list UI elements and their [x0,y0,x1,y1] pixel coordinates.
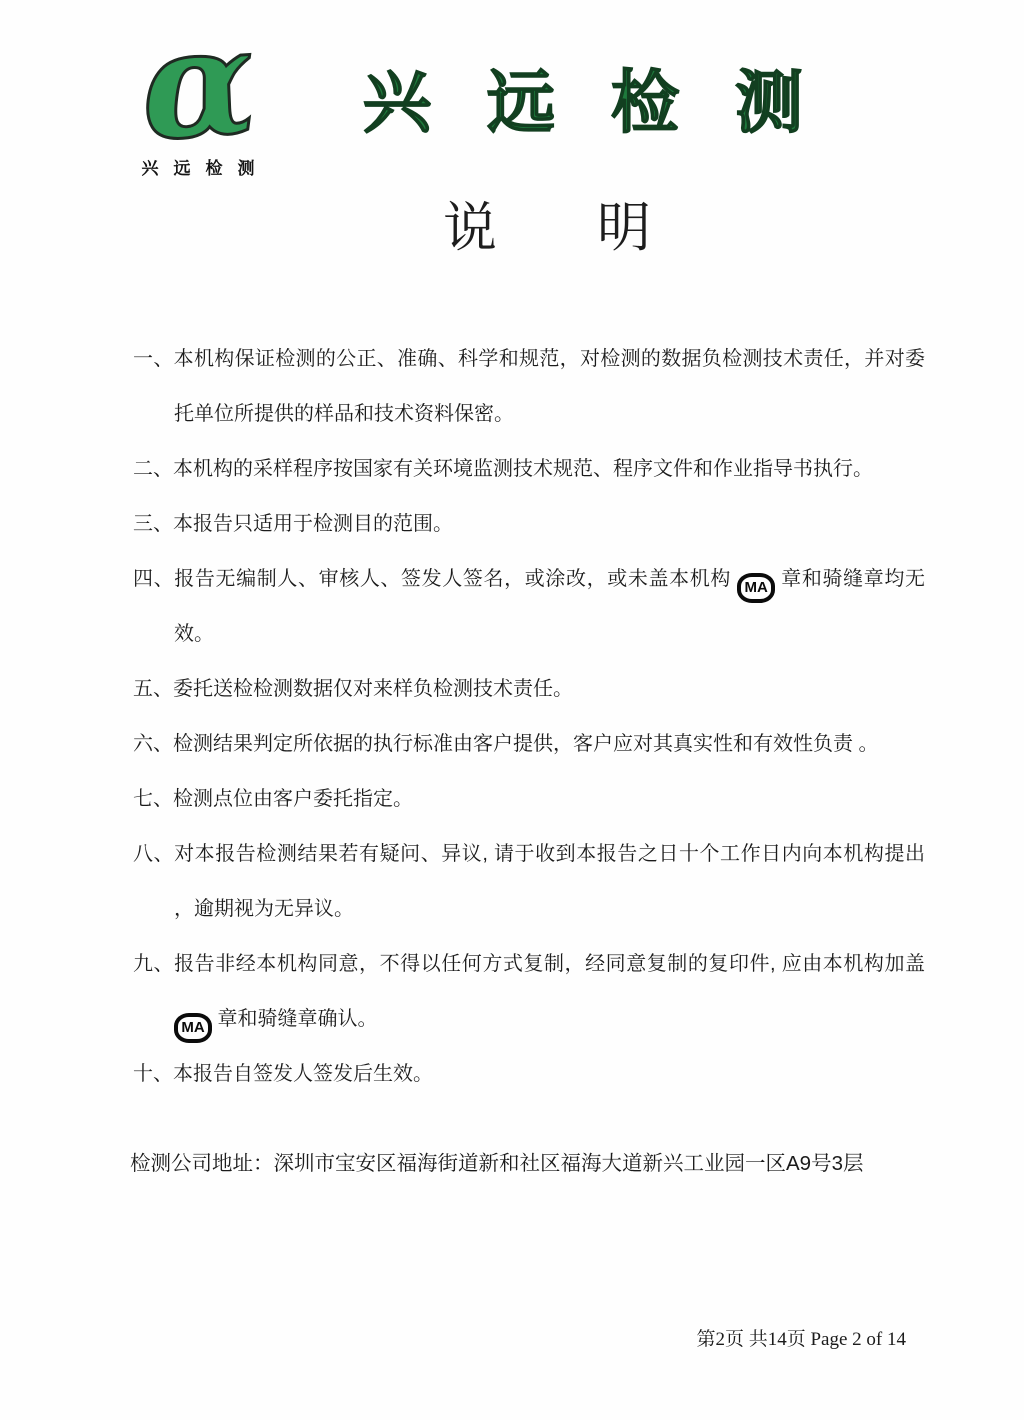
note-text: 检测结果判定所依据的执行标准由客户提供，客户应对其真实性和有效性负责 。 [173,733,879,755]
cma-seal-icon: MA [737,573,775,603]
note-text: 委托送检检测数据仅对来样负检测技术责任。 [173,678,573,700]
cma-seal-label: MA [744,579,767,596]
note-text: 检测点位由客户委托指定。 [173,788,413,810]
note-item-7: 七、检测点位由客户委托指定。 [133,772,925,827]
note-item-8: 八、对本报告检测结果若有疑问、异议, 请于收到本报告之日十个工作日内向本机构提出… [133,827,925,937]
note-text: 本报告只适用于检测目的范围。 [173,513,453,535]
note-text: 报告无编制人、审核人、签发人签名，或涂改，或未盖本机构 [174,568,737,590]
note-item-1: 一、本机构保证检测的公正、准确、科学和规范，对检测的数据负检测技术责任，并对委托… [133,332,925,442]
note-number: 六、 [133,733,173,755]
brand-title: 兴远检测 [363,58,859,148]
note-text: 本报告自签发人签发后生效。 [173,1063,433,1085]
note-number: 九、 [133,953,174,975]
note-item-3: 三、本报告只适用于检测目的范围。 [133,497,925,552]
alpha-logo-icon: α [113,3,283,164]
note-number: 五、 [133,678,173,700]
note-text: 本机构保证检测的公正、准确、科学和规范，对检测的数据负检测技术责任，并对委托单位… [174,348,925,425]
company-address: 检测公司地址：深圳市宝安区福海街道新和社区福海大道新兴工业园一区A9号3层 [130,1148,863,1180]
doc-title-row: 说明 [0,196,1024,260]
cma-seal-label: MA [181,1019,204,1036]
note-item-5: 五、委托送检检测数据仅对来样负检测技术责任。 [133,662,925,717]
note-item-6: 六、检测结果判定所依据的执行标准由客户提供，客户应对其真实性和有效性负责 。 [133,717,925,772]
company-logo: α 兴远检测 [118,8,278,179]
note-text: 章和骑缝章确认。 [212,1008,378,1030]
note-number: 四、 [133,568,174,590]
note-number: 七、 [133,788,173,810]
note-text: 本机构的采样程序按国家有关环境监测技术规范、程序文件和作业指导书执行。 [173,458,873,480]
note-number: 二、 [133,458,173,480]
doc-title: 说明 [443,196,751,260]
note-item-4: 四、报告无编制人、审核人、签发人签名，或涂改，或未盖本机构 MA 章和骑缝章均无… [133,552,925,662]
note-number: 一、 [133,348,174,370]
note-item-9: 九、报告非经本机构同意，不得以任何方式复制，经同意复制的复印件, 应由本机构加盖… [133,937,925,1047]
note-item-10: 十、本报告自签发人签发后生效。 [133,1047,925,1102]
note-text: 报告非经本机构同意，不得以任何方式复制，经同意复制的复印件, 应由本机构加盖 [174,953,925,975]
note-text: 对本报告检测结果若有疑问、异议, 请于收到本报告之日十个工作日内向本机构提出 ，… [174,843,925,920]
note-number: 八、 [133,843,174,865]
cma-seal-icon: MA [174,1013,212,1043]
note-number: 三、 [133,513,173,535]
note-number: 十、 [133,1063,173,1085]
note-item-2: 二、本机构的采样程序按国家有关环境监测技术规范、程序文件和作业指导书执行。 [133,442,925,497]
notes-list: 一、本机构保证检测的公正、准确、科学和规范，对检测的数据负检测技术责任，并对委托… [133,332,925,1102]
page-number-footer: 第2页 共14页 Page 2 of 14 [696,1326,906,1354]
report-page: α 兴远检测 兴远检测 说明 一、本机构保证检测的公正、准确、科学和规范，对检测… [0,0,1024,1420]
